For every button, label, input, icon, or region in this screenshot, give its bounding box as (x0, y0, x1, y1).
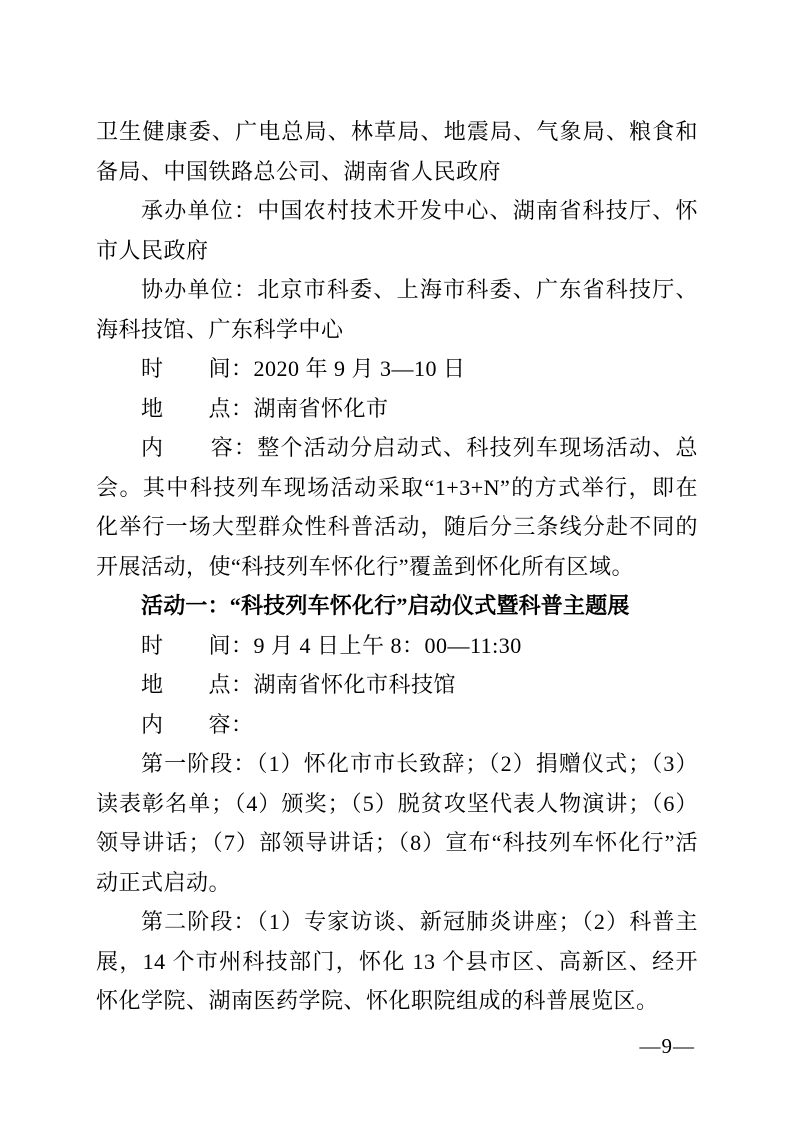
document-text-line: 会。其中科技列车现场活动采取“1+3+N”的方式举行，即在怀 (96, 468, 698, 508)
document-text-line: 内 容： (96, 705, 698, 745)
document-text-line: 第一阶段：（1）怀化市市长致辞；（2）捐赠仪式；（3）宣 (96, 744, 698, 784)
document-text-line: 市人民政府 (96, 231, 698, 271)
document-text-line: 协办单位：北京市科委、上海市科委、广东省科技厅、上 (96, 270, 698, 310)
document-text-line: 备局、中国铁路总公司、湖南省人民政府 (96, 152, 698, 192)
document-text-line: 时 间：2020 年 9 月 3—10 日 (96, 349, 698, 389)
section-heading-line: 活动一：“科技列车怀化行”启动仪式暨科普主题展 (96, 586, 698, 626)
document-text-line: 怀化学院、湖南医药学院、怀化职院组成的科普展览区。 (96, 981, 698, 1021)
document-body: 卫生健康委、广电总局、林草局、地震局、气象局、粮食和储备局、中国铁路总公司、湖南… (96, 112, 698, 1021)
document-text-line: 动正式启动。 (96, 863, 698, 903)
document-text-line: 地 点：湖南省怀化市科技馆 (96, 665, 698, 705)
document-text-line: 读表彰名单；（4）颁奖；（5）脱贫攻坚代表人物演讲；（6）省 (96, 784, 698, 824)
document-text-line: 承办单位：中国农村技术开发中心、湖南省科技厅、怀化 (96, 191, 698, 231)
document-text-line: 内 容：整个活动分启动式、科技列车现场活动、总结 (96, 428, 698, 468)
document-text-line: 开展活动，使“科技列车怀化行”覆盖到怀化所有区域。 (96, 547, 698, 587)
document-page: 卫生健康委、广电总局、林草局、地震局、气象局、粮食和储备局、中国铁路总公司、湖南… (0, 0, 793, 1122)
document-text-line: 海科技馆、广东科学中心 (96, 310, 698, 350)
document-text-line: 时 间：9 月 4 日上午 8：00—11:30 (96, 626, 698, 666)
page-number: —9— (640, 1034, 696, 1059)
document-text-line: 地 点：湖南省怀化市 (96, 389, 698, 429)
document-text-line: 化举行一场大型群众性科普活动，随后分三条线分赴不同的县 (96, 507, 698, 547)
document-text-line: 展，14 个市州科技部门，怀化 13 个县市区、高新区、经开区、 (96, 942, 698, 982)
document-text-line: 第二阶段：（1）专家访谈、新冠肺炎讲座；（2）科普主题 (96, 902, 698, 942)
document-text-line: 卫生健康委、广电总局、林草局、地震局、气象局、粮食和储 (96, 112, 698, 152)
document-text-line: 领导讲话；（7）部领导讲话；（8）宣布“科技列车怀化行”活 (96, 823, 698, 863)
